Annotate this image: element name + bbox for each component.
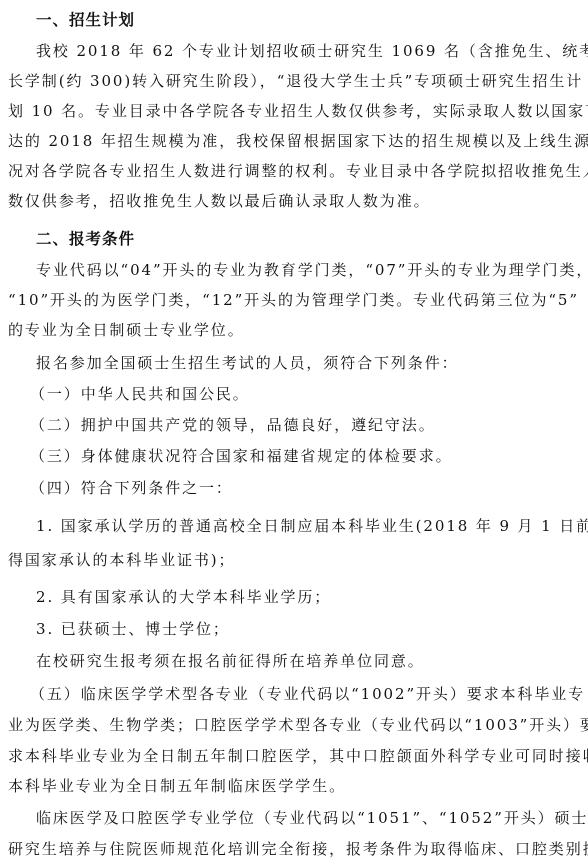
condition-item-1: （一）中华人民共和国公民。 [30, 384, 250, 404]
condition-item-4: （四）符合下列条件之一： [30, 478, 233, 498]
sub-condition-2: 2. 具有国家承认的大学本科毕业学历； [36, 587, 331, 607]
condition-item-3: （三）身体健康状况符合国家和福建省规定的体检要求。 [30, 446, 453, 466]
paragraph-line: 报名参加全国硕士生招生考试的人员，须符合下列条件： [36, 353, 459, 373]
paragraph-line: 在校研究生报考须在报名前征得所在培养单位同意。 [36, 651, 425, 671]
sub-condition-1: 1. 国家承认学历的普通高校全日制应届本科毕业生(2018 年 9 月 1 日前… [36, 516, 588, 536]
section-heading-enrollment-plan: 一、招生计划 [36, 10, 135, 30]
paragraph-line: 长学制(约 300)转入研究生阶段），“退役大学生士兵”专项硕士研究生招生计 [8, 71, 583, 91]
paragraph-line: 研究生培养与住院医师规范化培训完全衔接，报考条件为取得临床、口腔类别执 [8, 839, 588, 858]
paragraph-line: 得国家承认的本科毕业证书)； [8, 550, 235, 570]
paragraph-line: 我校 2018 年 62 个专业计划招收硕士研究生 1069 名（含推免生、统考… [36, 41, 588, 61]
paragraph-line: 本科毕业专业为全日制五年制临床医学学生。 [8, 776, 346, 796]
sub-condition-3: 3. 已获硕士、博士学位； [36, 619, 230, 639]
paragraph-line: 的专业为全日制硕士专业学位。 [8, 320, 245, 340]
condition-item-5: （五）临床医学学术型各专业（专业代码以“1002”开头）要求本科毕业专 [30, 684, 585, 704]
section-heading-eligibility: 二、报考条件 [36, 229, 135, 249]
paragraph-line: 达的 2018 年招生规模为准，我校保留根据国家下达的招生规模以及上线生源情 [8, 131, 588, 151]
paragraph-line: 划 10 名。专业目录中各学院各专业招生人数仅供参考，实际录取人数以国家下 [8, 101, 588, 121]
paragraph-line: 求本科毕业专业为全日制五年制口腔医学，其中口腔颌面外科学专业可同时接收 [8, 746, 588, 766]
paragraph-line: 数仅供参考，招收推免生人数以最后确认录取人数为准。 [8, 191, 431, 211]
paragraph-line: 专业代码以“04”开头的专业为教育学门类，“07”开头的专业为理学门类， [36, 260, 588, 280]
condition-item-2: （二）拥护中国共产党的领导，品德良好，遵纪守法。 [30, 415, 436, 435]
paragraph-line: 临床医学及口腔医学专业学位（专业代码以“1051”、“1052”开头）硕士 [36, 808, 588, 828]
paragraph-line: 业为医学类、生物学类；口腔医学学术型各专业（专业代码以“1003”开头）要 [8, 715, 588, 735]
paragraph-line: 况对各学院各专业招生人数进行调整的权利。专业目录中各学院拟招收推免生人 [8, 161, 588, 181]
paragraph-line: “10”开头的为医学门类，“12”开头的为管理学门类。专业代码第三位为“5” [8, 290, 579, 310]
